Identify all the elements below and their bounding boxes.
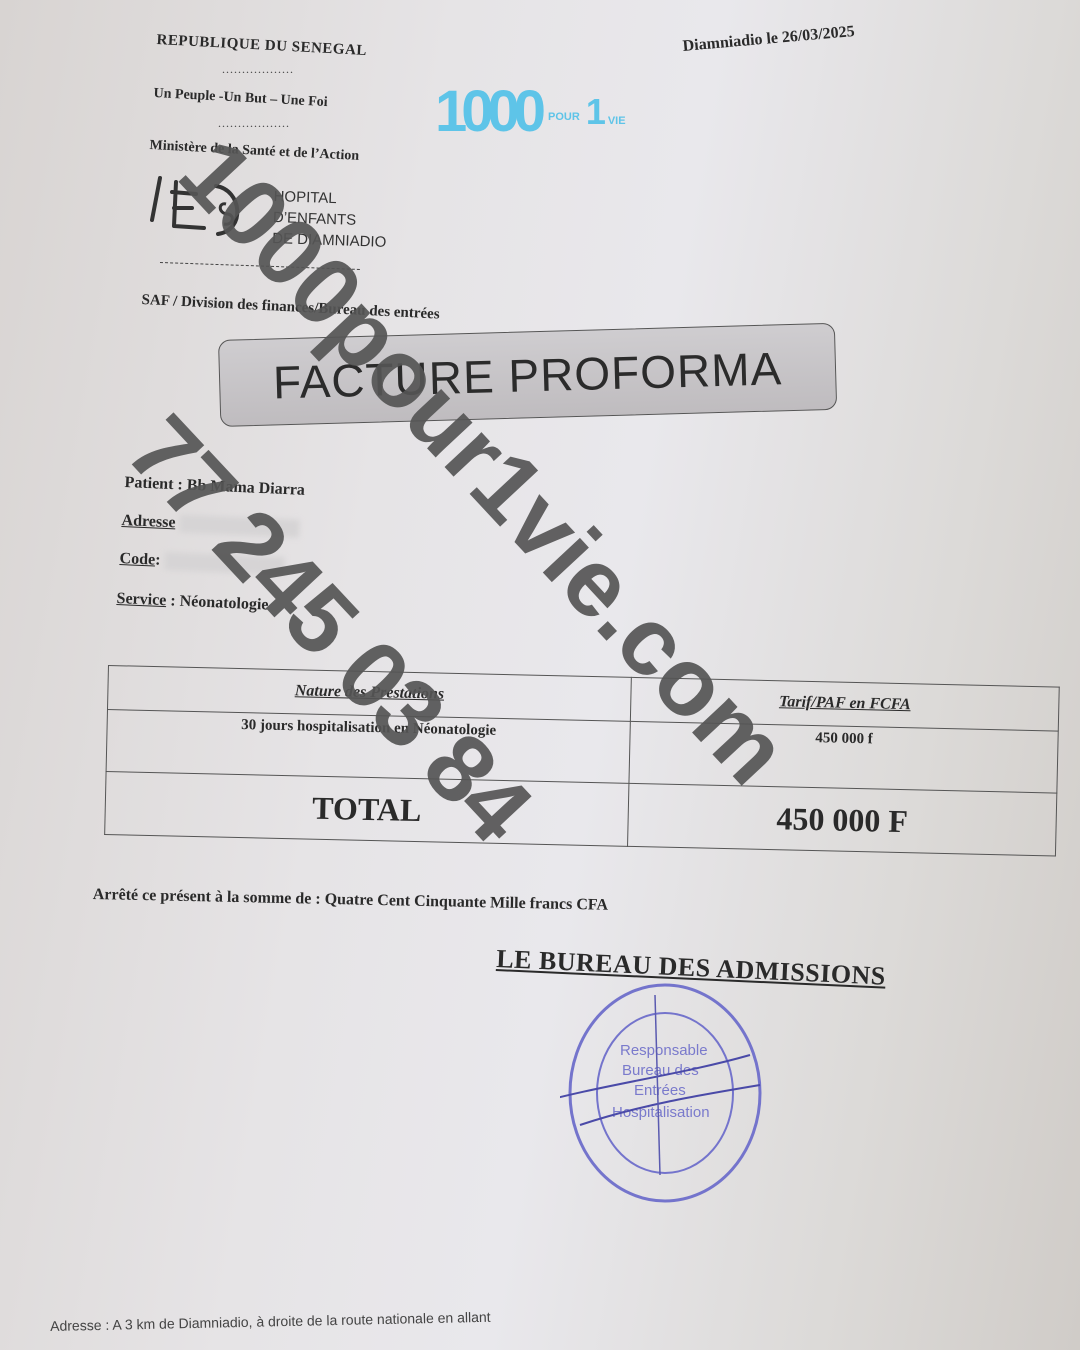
amount-in-words: Arrêté ce présent à la somme de : Quatre… xyxy=(93,886,609,915)
country-header: REPUBLIQUE DU SENEGAL xyxy=(156,32,367,60)
total-label: TOTAL xyxy=(105,772,629,846)
separator-dots: .................. xyxy=(222,62,294,77)
issue-date: Diamniadio le 26/03/2025 xyxy=(682,23,855,56)
invoice-table: Nature des Prestations Tarif/PAF en FCFA… xyxy=(104,665,1060,857)
logo-number: 1000 xyxy=(435,78,540,145)
logo-one: 1 xyxy=(586,91,606,133)
svg-text:Hospitalisation: Hospitalisation xyxy=(612,1104,710,1121)
national-motto: Un Peuple -Un But – Une Foi xyxy=(153,86,328,111)
logo-pour: POUR xyxy=(548,111,580,123)
footer-address: Adresse : A 3 km de Diamniadio, à droite… xyxy=(50,1309,491,1334)
invoice-document: REPUBLIQUE DU SENEGAL ..................… xyxy=(0,0,1080,1350)
brand-logo: 1000 POUR 1 VIE xyxy=(435,78,626,145)
service-label: Service xyxy=(116,590,166,609)
logo-vie: VIE xyxy=(608,115,626,127)
code-label: Code xyxy=(119,550,155,569)
svg-text:Entrées: Entrées xyxy=(634,1082,686,1099)
svg-text:Responsable: Responsable xyxy=(620,1042,708,1059)
official-stamp-icon: Responsable Bureau des Entrées Hospitali… xyxy=(560,975,770,1205)
total-value: 450 000 F xyxy=(628,784,1057,856)
header-text: Tarif/PAF en FCFA xyxy=(779,694,911,714)
